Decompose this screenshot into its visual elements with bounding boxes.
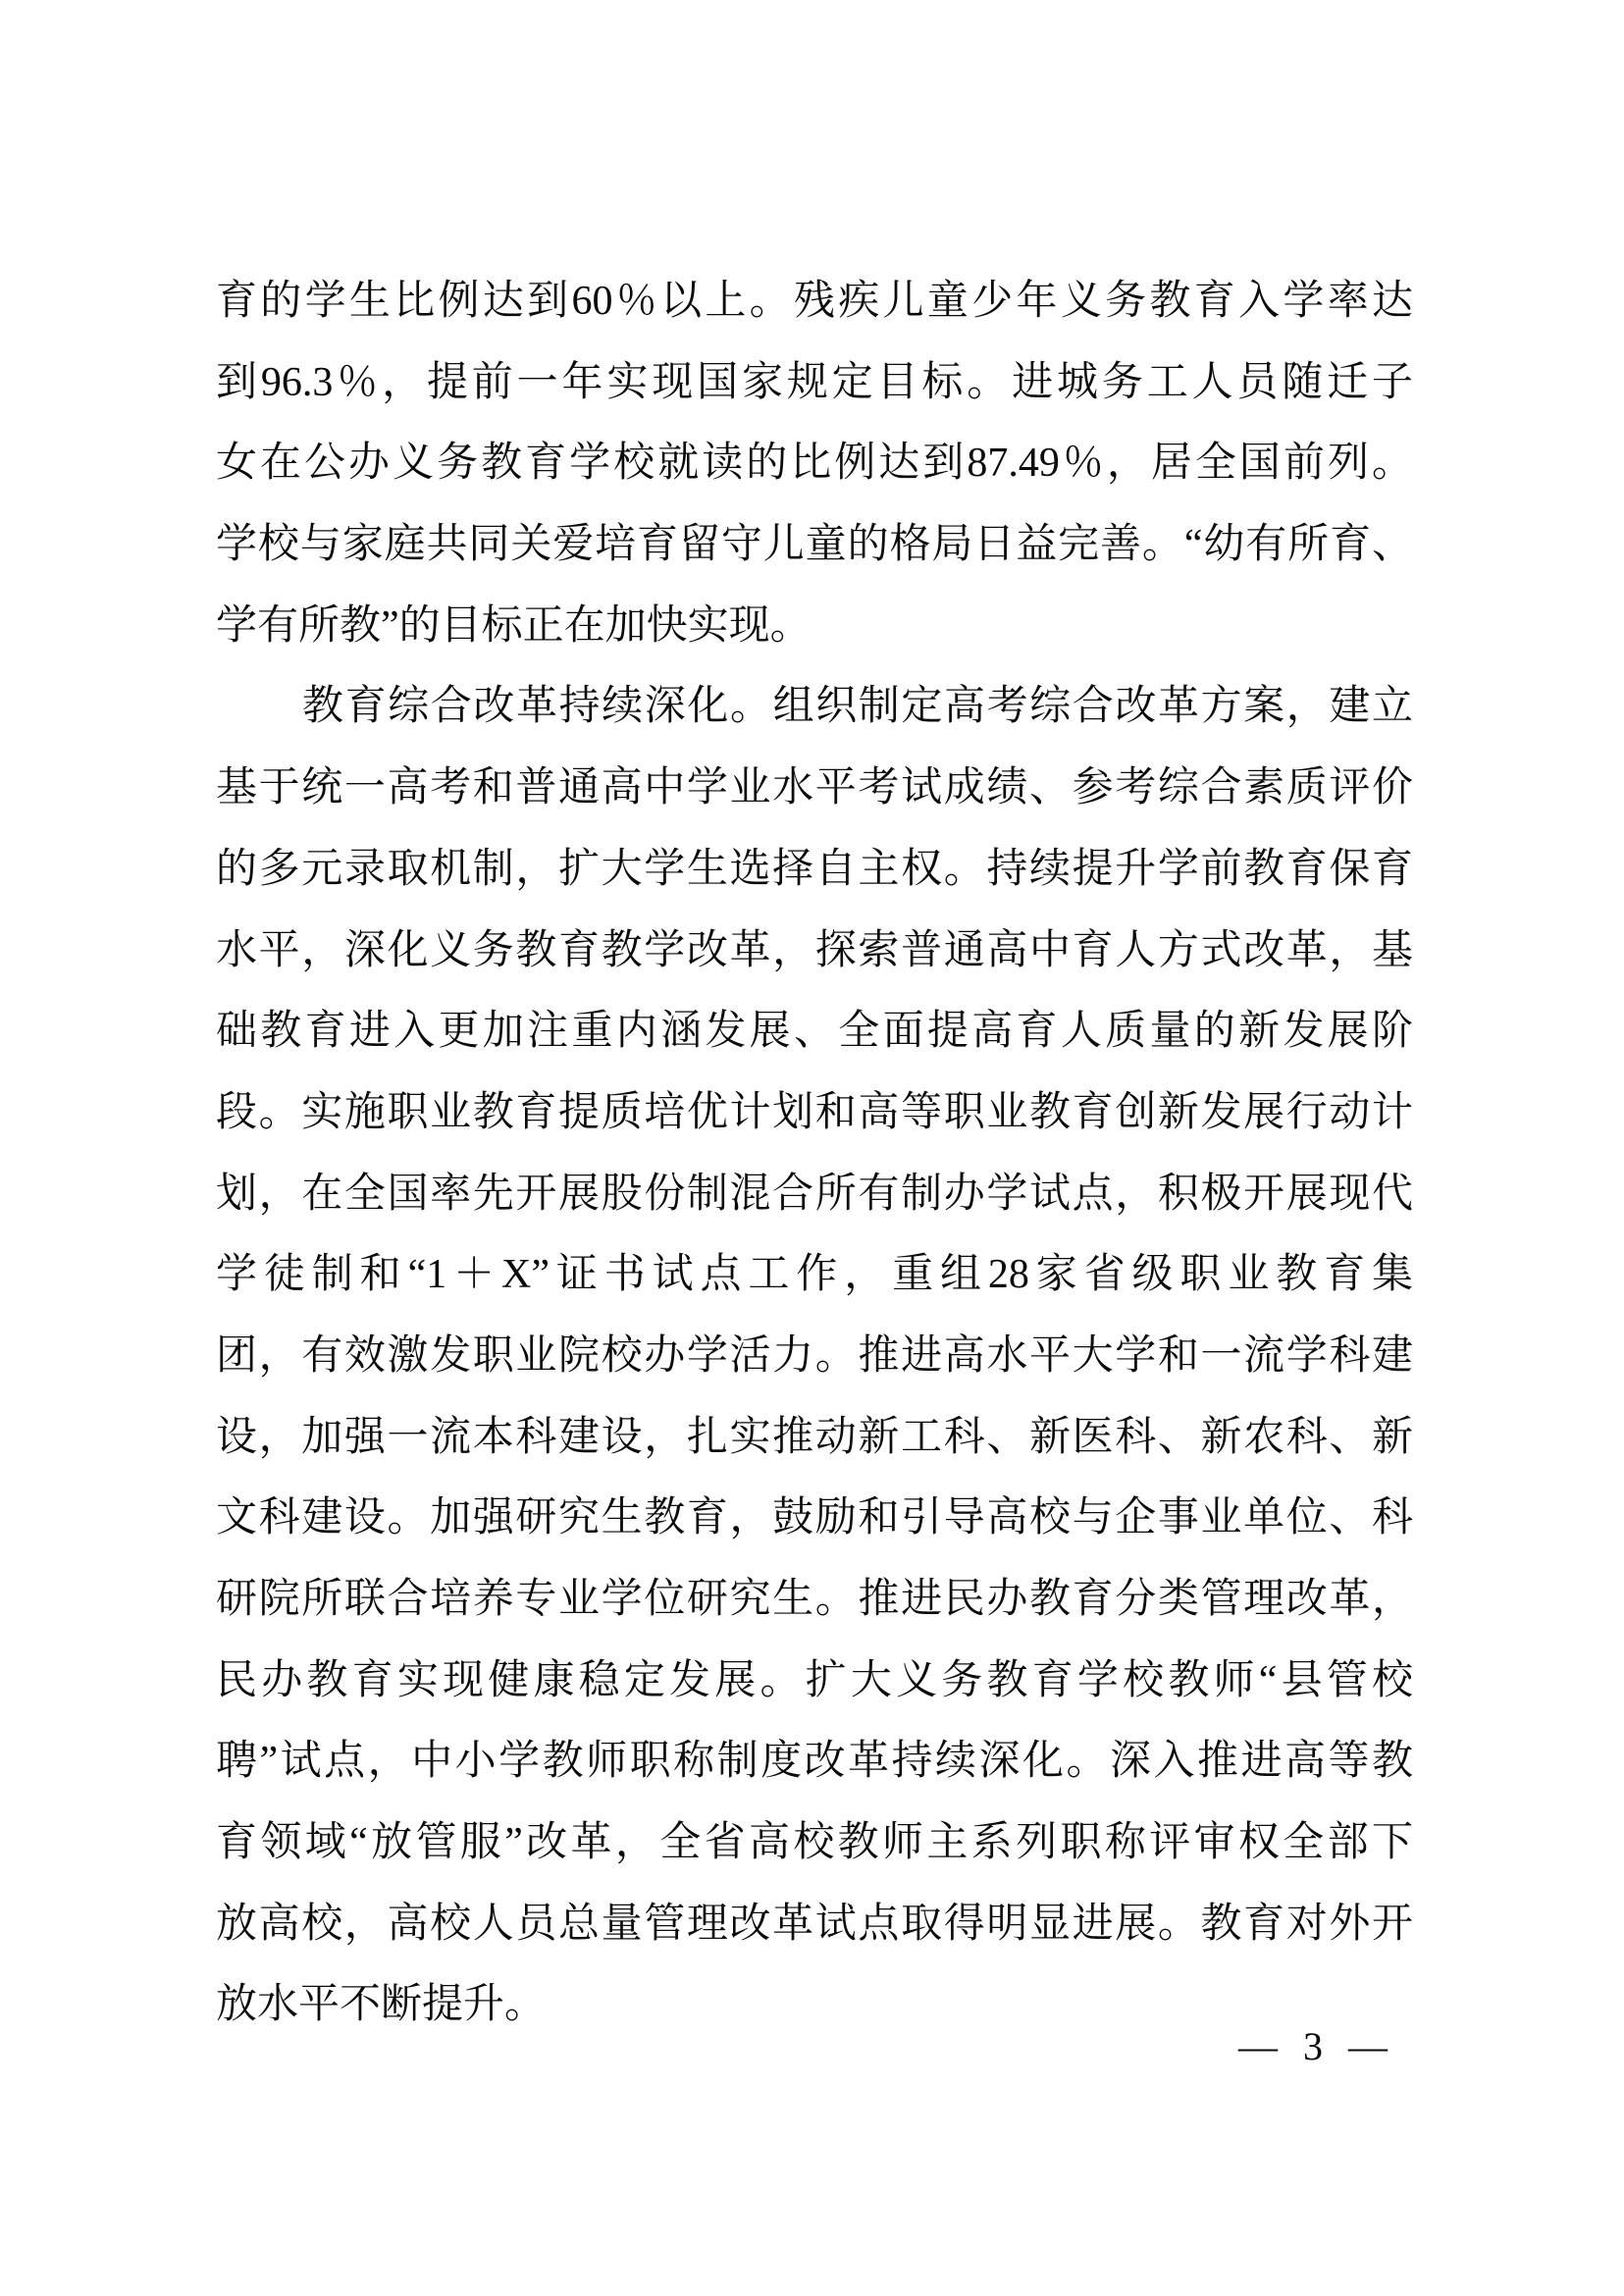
document-page: 育的学生比例达到60％以上。残疾儿童少年义务教育入学率达到96.3％，提前一年实… [0, 0, 1624, 2296]
text-line: 民办教育实现健康稳定发展。扩大义务教育学校教师“县管校 [216, 1641, 1413, 1722]
body-text: 育的学生比例达到60％以上。残疾儿童少年义务教育入学率达到96.3％，提前一年实… [216, 261, 1413, 2046]
text-line: 教育综合改革持续深化。组织制定高考综合改革方案，建立 [216, 666, 1413, 748]
text-line: 学徒制和“1＋X”证书试点工作，重组28家省级职业教育集 [216, 1234, 1413, 1316]
text-line: 研院所联合培养专业学位研究生。推进民办教育分类管理改革， [216, 1559, 1413, 1641]
text-line: 学有所教”的目标正在加快实现。 [216, 586, 1413, 667]
text-line: 文科建设。加强研究生教育，鼓励和引导高校与企事业单位、科 [216, 1478, 1413, 1559]
text-line: 放水平不断提升。 [216, 1964, 1413, 2046]
text-line: 设，加强一流本科建设，扎实推动新工科、新医科、新农科、新 [216, 1397, 1413, 1479]
text-line: 女在公办义务教育学校就读的比例达到87.49％，居全国前列。 [216, 423, 1413, 504]
text-line: 育领域“放管服”改革，全省高校教师主系列职称评审权全部下 [216, 1802, 1413, 1884]
page-number: — 3 — [1238, 2023, 1395, 2069]
text-line: 放高校，高校人员总量管理改革试点取得明显进展。教育对外开 [216, 1884, 1413, 1965]
text-line: 段。实施职业教育提质培优计划和高等职业教育创新发展行动计 [216, 1072, 1413, 1154]
text-line: 到96.3％，提前一年实现国家规定目标。进城务工人员随迁子 [216, 342, 1413, 424]
text-line: 聘”试点，中小学教师职称制度改革持续深化。深入推进高等教 [216, 1721, 1413, 1802]
text-line: 团，有效激发职业院校办学活力。推进高水平大学和一流学科建 [216, 1316, 1413, 1397]
text-line: 础教育进入更加注重内涵发展、全面提高育人质量的新发展阶 [216, 991, 1413, 1072]
text-line: 水平，深化义务教育教学改革，探索普通高中育人方式改革，基 [216, 911, 1413, 992]
text-line: 划，在全国率先开展股份制混合所有制办学试点，积极开展现代 [216, 1154, 1413, 1235]
text-line: 育的学生比例达到60％以上。残疾儿童少年义务教育入学率达 [216, 261, 1413, 342]
text-line: 基于统一高考和普通高中学业水平考试成绩、参考综合素质评价 [216, 748, 1413, 829]
text-line: 学校与家庭共同关爱培育留守儿童的格局日益完善。“幼有所育、 [216, 504, 1413, 586]
text-line: 的多元录取机制，扩大学生选择自主权。持续提升学前教育保育 [216, 829, 1413, 911]
